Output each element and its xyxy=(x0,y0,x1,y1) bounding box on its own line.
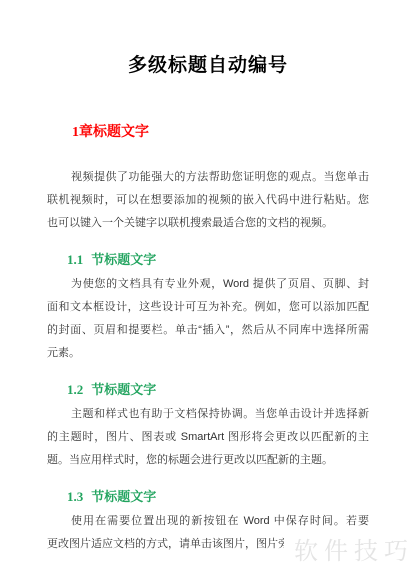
section-heading-1-2: 1.2节标题文字 xyxy=(47,381,369,399)
section-heading-label: 节标题文字 xyxy=(91,252,156,267)
text-line: 的主题时，图片、图表或 SmartArt 图形将会更改以匹配新的主 xyxy=(47,426,369,449)
text-line: 为使您的文档具有专业外观，Word 提供了页眉、页脚、封 xyxy=(47,273,369,296)
watermark-text: 软件技巧 xyxy=(294,538,414,566)
intro-paragraph: 视频提供了功能强大的方法帮助您证明您的观点。当您单击 联机视频时，可以在想要添加… xyxy=(47,166,369,235)
text-line: 面和文本框设计，这些设计可互为补充。例如，您可以添加匹配 xyxy=(47,296,369,319)
section-heading-label: 节标题文字 xyxy=(91,489,156,504)
document-title: 多级标题自动编号 xyxy=(47,0,369,82)
document-page: 多级标题自动编号 1章标题文字 视频提供了功能强大的方法帮助您证明您的观点。当您… xyxy=(0,0,416,587)
text-line-fragment: 更改图片适应文档的方式，请单击该图片，图片 xyxy=(47,538,278,550)
chapter-number: 1 xyxy=(72,125,79,140)
section-1-1-paragraph: 为使您的文档具有专业外观，Word 提供了页眉、页脚、封 面和文本框设计，这些设… xyxy=(47,273,369,365)
text-line: 元素。 xyxy=(47,342,369,365)
section-1-2-paragraph: 主题和样式也有助于文档保持协调。当您单击设计并选择新 的主题时，图片、图表或 S… xyxy=(47,403,369,472)
section-heading-1-1: 1.1节标题文字 xyxy=(47,251,369,269)
chapter-heading: 1章标题文字 xyxy=(47,122,369,142)
text-line: 使用在需要位置出现的新按钮在 Word 中保存时间。若要 xyxy=(47,510,369,533)
text-line: 联机视频时，可以在想要添加的视频的嵌入代码中进行粘贴。您 xyxy=(47,189,369,212)
text-line: 视频提供了功能强大的方法帮助您证明您的观点。当您单击 xyxy=(47,166,369,189)
text-line: 主题和样式也有助于文档保持协调。当您单击设计并选择新 xyxy=(47,403,369,426)
chapter-heading-label: 章标题文字 xyxy=(79,123,149,139)
section-heading-1-3: 1.3节标题文字 xyxy=(47,488,369,506)
clipped-character: 旁 xyxy=(278,533,284,556)
section-number: 1.2 xyxy=(67,382,83,397)
section-number: 1.1 xyxy=(67,252,83,267)
text-line: 题。当应用样式时，您的标题会进行更改以匹配新的主题。 xyxy=(47,449,369,472)
section-number: 1.3 xyxy=(67,489,83,504)
section-heading-label: 节标题文字 xyxy=(91,382,156,397)
text-line: 也可以键入一个关键字以联机搜索最适合您的文档的视频。 xyxy=(47,212,369,235)
text-line: 的封面、页眉和提要栏。单击“插入”，然后从不同库中选择所需 xyxy=(47,319,369,342)
